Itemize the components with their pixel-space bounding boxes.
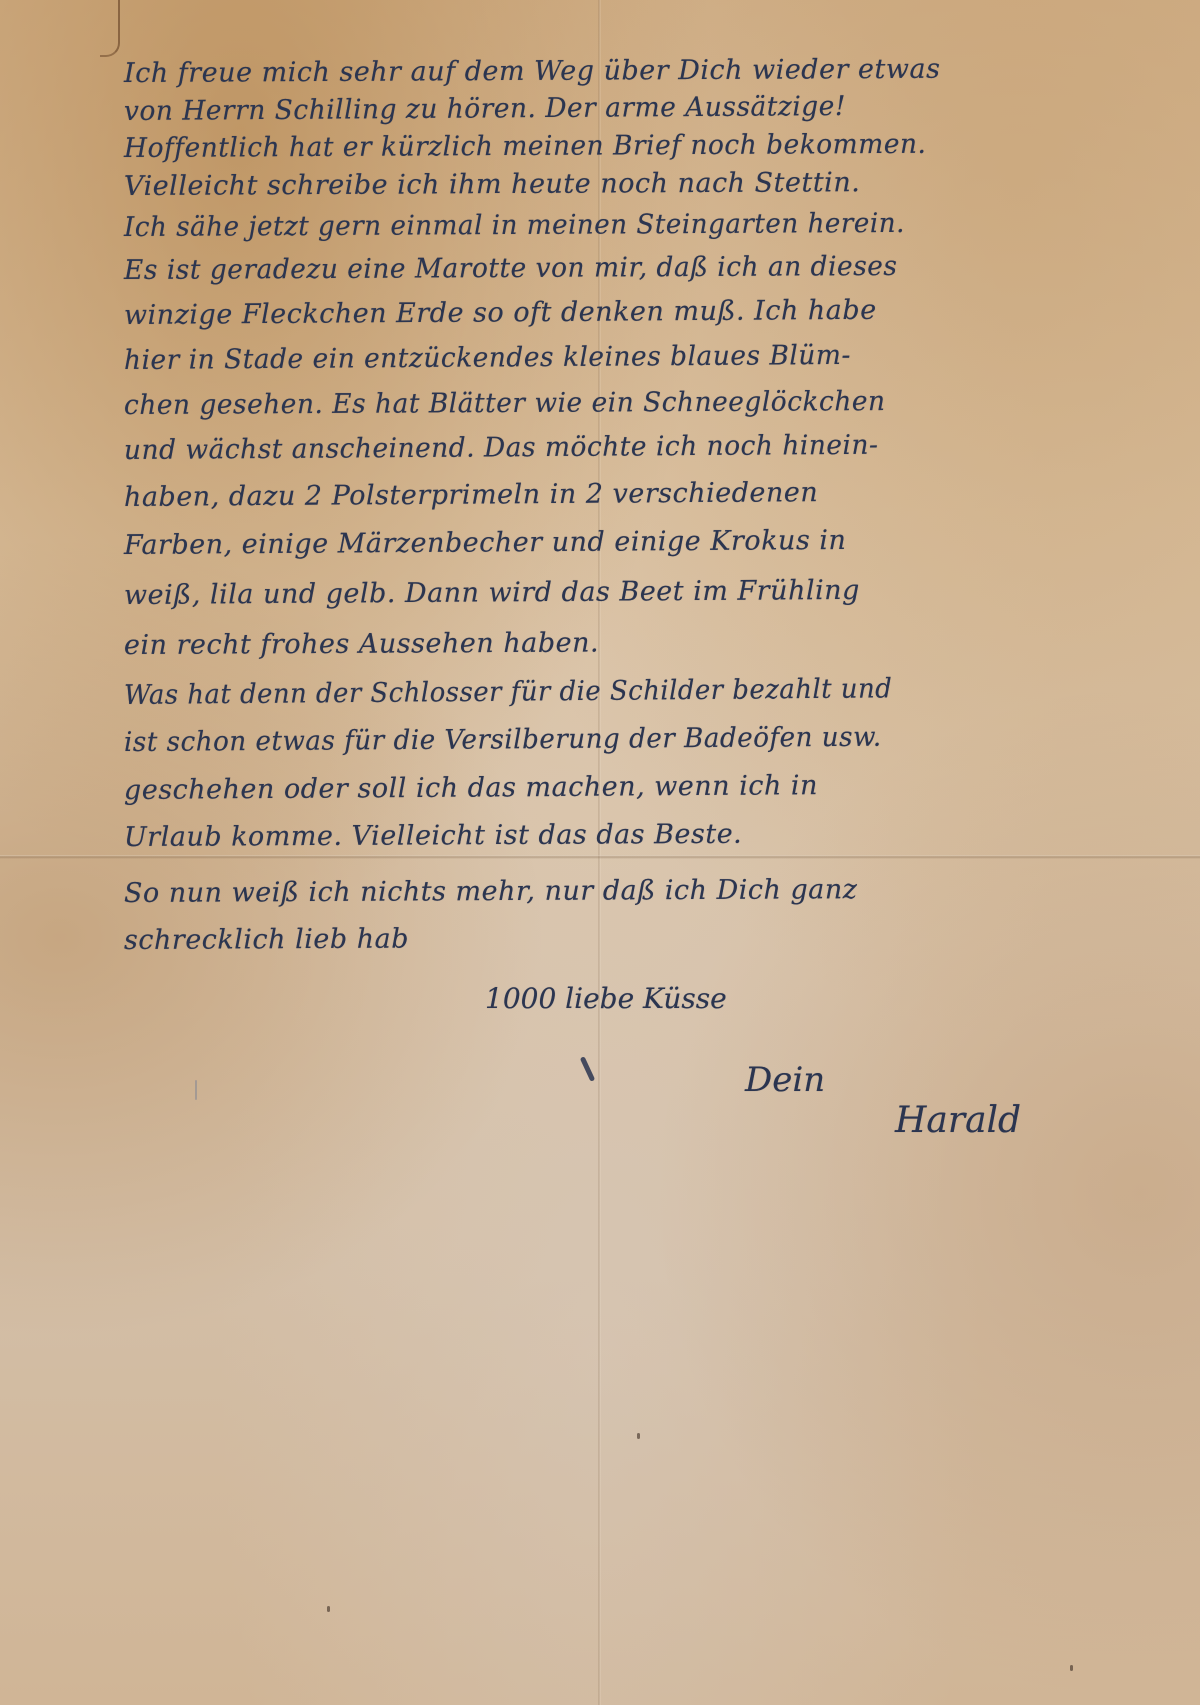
paper-speck bbox=[195, 1080, 197, 1100]
letter-line-7: winzige Fleckchen Erde so oft denken muß… bbox=[124, 295, 877, 331]
letter-line-8: hier in Stade ein entzückendes kleines b… bbox=[124, 340, 851, 376]
letter-line-5: Ich sähe jetzt gern einmal in meinen Ste… bbox=[124, 208, 905, 243]
horizontal-fold-crease bbox=[0, 855, 1200, 859]
letter-line-16: ist schon etwas für die Versilberung der… bbox=[124, 722, 882, 758]
letter-line-13: weiß, lila und gelb. Dann wird das Beet … bbox=[124, 575, 860, 611]
signature-name: Harald bbox=[895, 1100, 1021, 1141]
letter-line-6: Es ist geradezu eine Marotte von mir, da… bbox=[124, 251, 898, 286]
letter-line-11: haben, dazu 2 Polsterprimeln in 2 versch… bbox=[124, 477, 818, 513]
letter-line-12: Farben, einige Märzenbecher und einige K… bbox=[124, 525, 847, 561]
letter-line-3: Hoffentlich hat er kürzlich meinen Brief… bbox=[124, 129, 927, 164]
letter-line-2: von Herrn Schilling zu hören. Der arme A… bbox=[124, 91, 846, 127]
letter-line-10: und wächst anscheinend. Das möchte ich n… bbox=[124, 430, 879, 466]
letter-line-17: geschehen oder soll ich das machen, wenn… bbox=[124, 770, 818, 806]
paper-speck bbox=[327, 1606, 330, 1612]
letter-line-1: Ich freue mich sehr auf dem Weg über Dic… bbox=[124, 54, 941, 89]
paper-speck bbox=[1070, 1665, 1073, 1671]
letter-line-9: chen gesehen. Es hat Blätter wie ein Sch… bbox=[124, 386, 886, 421]
ink-blot bbox=[580, 1056, 596, 1082]
letter-line-19: So nun weiß ich nichts mehr, nur daß ich… bbox=[124, 874, 858, 909]
closing-salutation: 1000 liebe Küsse bbox=[485, 982, 727, 1015]
letter-line-20: schrecklich lieb hab bbox=[124, 924, 409, 956]
paper-speck bbox=[637, 1433, 640, 1439]
letter-line-14: ein recht frohes Aussehen haben. bbox=[124, 628, 599, 661]
letter-line-15: Was hat denn der Schlosser für die Schil… bbox=[124, 673, 893, 711]
letter-page: Ich freue mich sehr auf dem Weg über Dic… bbox=[0, 0, 1200, 1705]
paper-tear bbox=[100, 0, 120, 57]
letter-line-18: Urlaub komme. Vielleicht ist das das Bes… bbox=[124, 819, 742, 853]
letter-line-4: Vielleicht schreibe ich ihm heute noch n… bbox=[124, 167, 860, 202]
signature-dein: Dein bbox=[745, 1060, 825, 1100]
